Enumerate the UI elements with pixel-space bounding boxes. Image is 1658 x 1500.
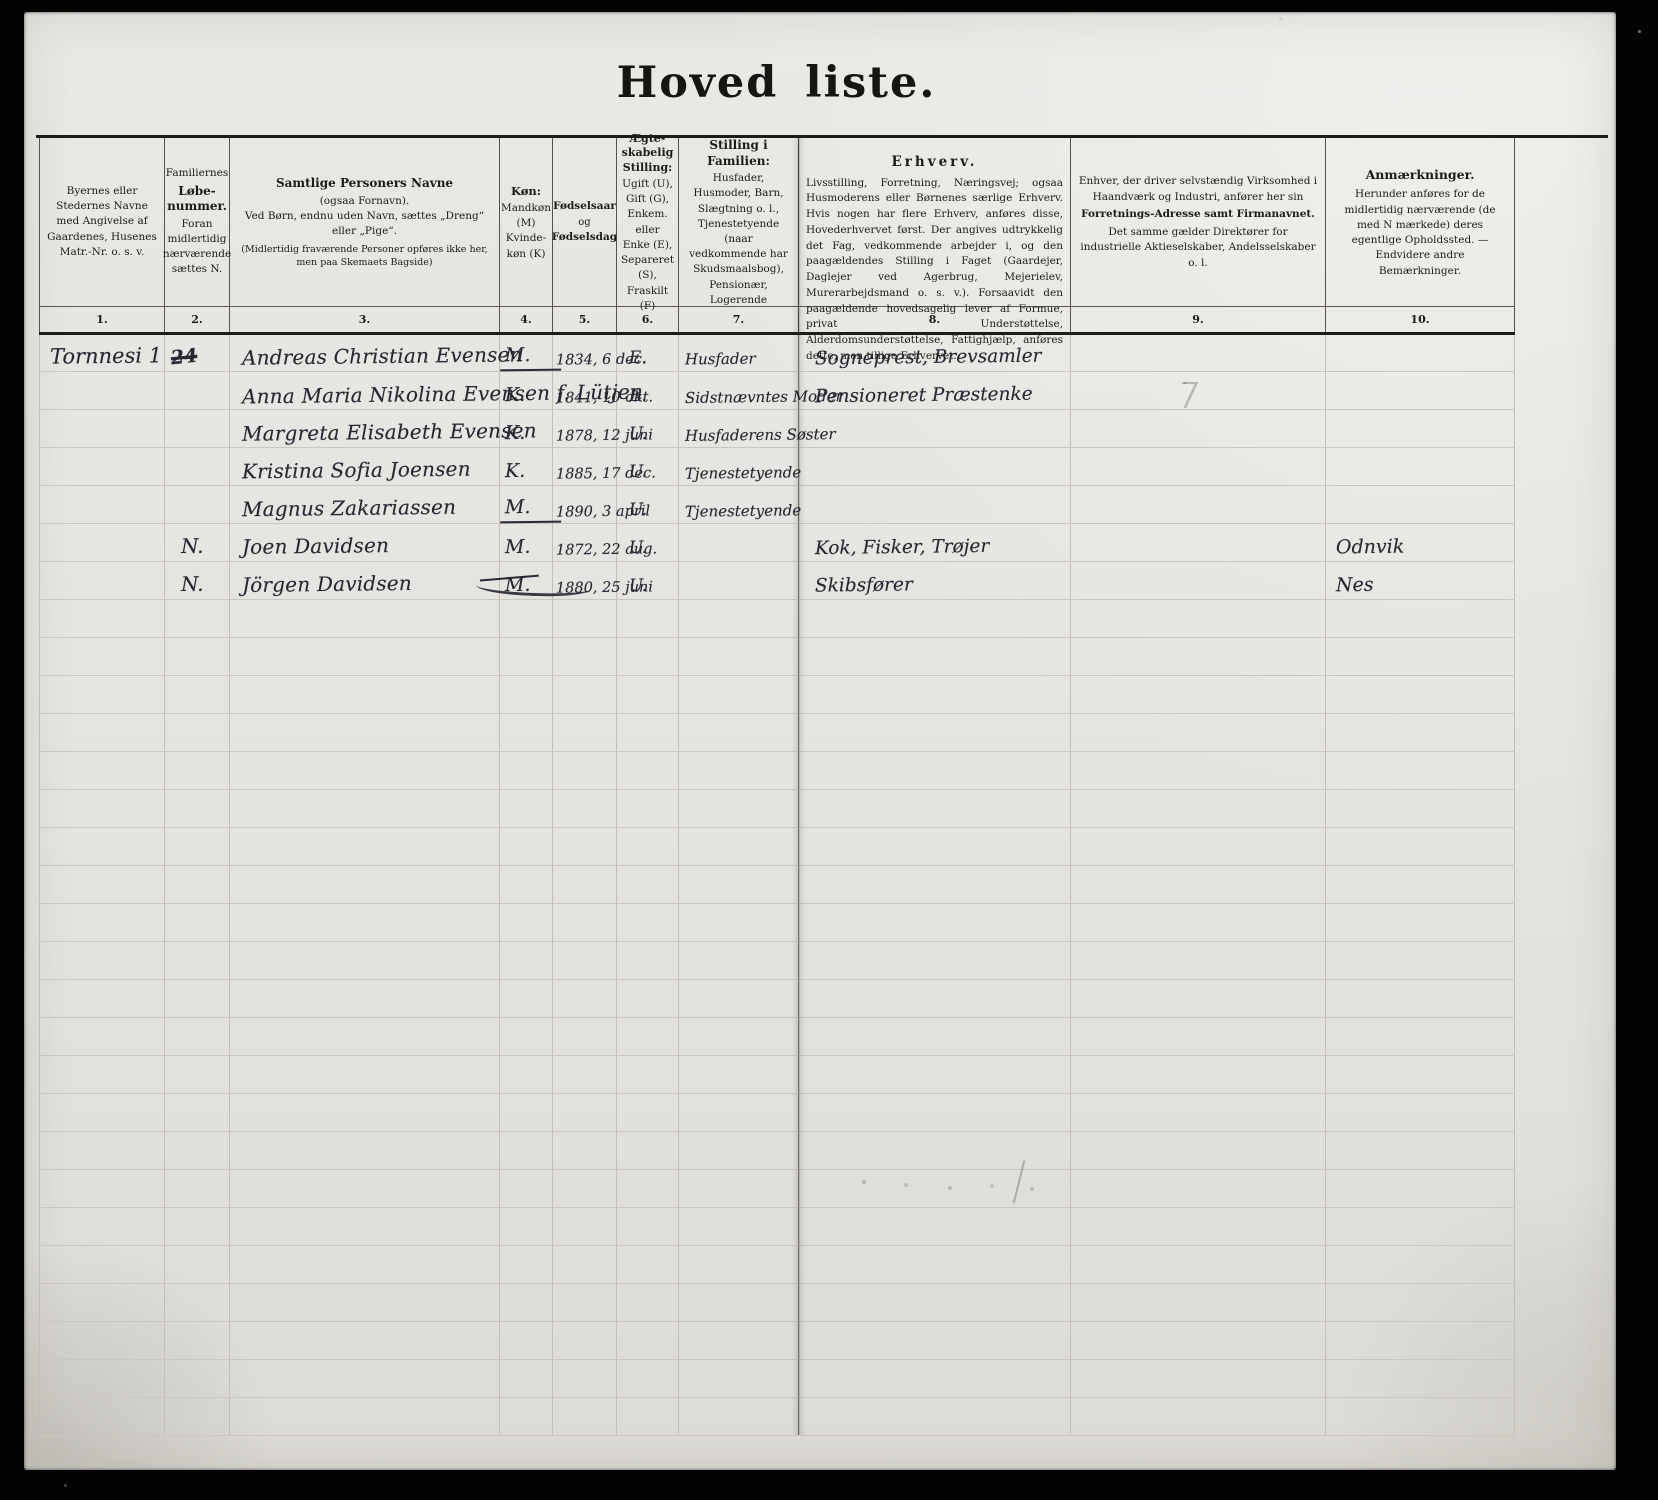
header-text: Livsstilling, Forretning, Næringsvej; og… bbox=[806, 176, 1063, 365]
cell-occupation bbox=[799, 942, 1071, 980]
cell-birth bbox=[553, 676, 617, 714]
cell-business bbox=[1071, 1094, 1326, 1132]
cell-remarks bbox=[1326, 1018, 1515, 1056]
cell-family_position bbox=[679, 524, 799, 562]
cell-family_position bbox=[679, 904, 799, 942]
dust-speck bbox=[64, 1484, 67, 1487]
cell-business bbox=[1071, 1170, 1326, 1208]
cell-sex bbox=[500, 600, 553, 638]
cell-place bbox=[40, 1170, 165, 1208]
table-row: N.Joen DavidsenM.1872, 22 aug.U.Kok, Fis… bbox=[40, 524, 1515, 562]
header-text: Enhver, der driver selvstændig Virksomhe… bbox=[1078, 173, 1318, 206]
table-row bbox=[40, 752, 1515, 790]
table-row bbox=[40, 866, 1515, 904]
cell-occupation bbox=[799, 752, 1071, 790]
cell-famno bbox=[165, 410, 230, 448]
cell-name bbox=[230, 1132, 500, 1170]
cell-marital bbox=[617, 904, 679, 942]
cell-occupation bbox=[799, 1360, 1071, 1398]
cell-birth bbox=[553, 1094, 617, 1132]
cell-business bbox=[1071, 1208, 1326, 1246]
cell-occupation bbox=[799, 980, 1071, 1018]
table-row bbox=[40, 1056, 1515, 1094]
cell-name bbox=[230, 600, 500, 638]
cell-business bbox=[1071, 980, 1326, 1018]
cell-name bbox=[230, 714, 500, 752]
cell-birth bbox=[553, 942, 617, 980]
cell-occupation bbox=[799, 1170, 1071, 1208]
cell-family_position bbox=[679, 1398, 799, 1436]
cell-place bbox=[40, 1018, 165, 1056]
cell-remarks: Odnvik bbox=[1326, 524, 1515, 562]
cell-marital bbox=[617, 1018, 679, 1056]
cell-remarks bbox=[1326, 486, 1515, 524]
cell-sex bbox=[500, 1018, 553, 1056]
table-row bbox=[40, 638, 1515, 676]
cell-remarks bbox=[1326, 600, 1515, 638]
cell-place bbox=[40, 372, 165, 410]
cell-remarks bbox=[1326, 638, 1515, 676]
cell-famno bbox=[165, 1322, 230, 1360]
header-text: Mandkøn (M) Kvinde­køn (K) bbox=[501, 201, 551, 262]
header-text: Byernes eller Stedernes Navne med Angive… bbox=[47, 184, 157, 260]
table-row: Magnus ZakariassenM.1890, 3 aprilU.Tjene… bbox=[40, 486, 1515, 524]
cell-remarks bbox=[1326, 1170, 1515, 1208]
dust-speck bbox=[1638, 30, 1641, 33]
table-row bbox=[40, 980, 1515, 1018]
cell-place bbox=[40, 486, 165, 524]
cell-marital bbox=[617, 1398, 679, 1436]
cell-name bbox=[230, 1094, 500, 1132]
cell-family_position: Husfaderens Søster bbox=[679, 410, 799, 448]
table-body: Tornnesi 124Andreas Christian EvensenM.1… bbox=[40, 334, 1515, 1436]
table-row bbox=[40, 676, 1515, 714]
cell-remarks bbox=[1326, 1322, 1515, 1360]
cell-name bbox=[230, 866, 500, 904]
cell-sex bbox=[500, 714, 553, 752]
cell-marital bbox=[617, 638, 679, 676]
cell-name bbox=[230, 790, 500, 828]
cell-remarks bbox=[1326, 410, 1515, 448]
cell-famno bbox=[165, 1018, 230, 1056]
scanned-ledger-frame: Hoved liste. Byernes eller Stedernes Nav bbox=[0, 0, 1658, 1500]
cell-marital bbox=[617, 752, 679, 790]
cell-sex bbox=[500, 752, 553, 790]
header-text: Fødselsdag bbox=[552, 230, 617, 245]
cell-name bbox=[230, 1056, 500, 1094]
cell-famno bbox=[165, 866, 230, 904]
pencil-smudge bbox=[1182, 382, 1198, 408]
cell-occupation: Pensioneret Præstenke bbox=[799, 372, 1071, 410]
cell-birth bbox=[553, 1398, 617, 1436]
cell-sex bbox=[500, 866, 553, 904]
cell-occupation bbox=[799, 1322, 1071, 1360]
cell-sex bbox=[500, 676, 553, 714]
cell-sex bbox=[500, 1056, 553, 1094]
census-page: Hoved liste. Byernes eller Stedernes Nav bbox=[24, 12, 1616, 1470]
cell-occupation bbox=[799, 714, 1071, 752]
cell-marital bbox=[617, 828, 679, 866]
census-table: Byernes eller Stedernes Navne med Angive… bbox=[39, 138, 1515, 1436]
cell-marital bbox=[617, 600, 679, 638]
cell-sex: M. bbox=[500, 524, 553, 562]
cell-occupation bbox=[799, 1018, 1071, 1056]
cell-name bbox=[230, 676, 500, 714]
cell-birth: 1878, 12 juni bbox=[553, 410, 617, 448]
table-row bbox=[40, 828, 1515, 866]
cell-family_position bbox=[679, 1208, 799, 1246]
table-row: Anna Maria Nikolina Evensen f. LütjenK.1… bbox=[40, 372, 1515, 410]
cell-remarks bbox=[1326, 828, 1515, 866]
cell-name bbox=[230, 638, 500, 676]
column-number: 4. bbox=[500, 307, 553, 334]
cell-occupation bbox=[799, 828, 1071, 866]
column-number: 7. bbox=[679, 307, 799, 334]
cell-remarks bbox=[1326, 942, 1515, 980]
table-row bbox=[40, 1018, 1515, 1056]
cell-occupation bbox=[799, 1056, 1071, 1094]
cell-marital bbox=[617, 1208, 679, 1246]
cell-family_position: Tjenestetyende bbox=[679, 448, 799, 486]
cell-remarks bbox=[1326, 1246, 1515, 1284]
header-text: Køn: bbox=[511, 184, 541, 199]
cell-place bbox=[40, 1360, 165, 1398]
cell-birth bbox=[553, 1056, 617, 1094]
cell-famno bbox=[165, 980, 230, 1018]
dust-speck bbox=[1279, 17, 1282, 20]
cell-place bbox=[40, 600, 165, 638]
cell-business bbox=[1071, 410, 1326, 448]
header-text: (ogsaa Fornavn). bbox=[320, 194, 410, 209]
cell-family_position bbox=[679, 1132, 799, 1170]
table-row bbox=[40, 714, 1515, 752]
cell-occupation bbox=[799, 866, 1071, 904]
cell-famno bbox=[165, 1170, 230, 1208]
header-text: Forretnings-Adresse samt Firmanavnet. bbox=[1081, 208, 1315, 222]
cell-remarks bbox=[1326, 980, 1515, 1018]
cell-family_position bbox=[679, 1018, 799, 1056]
cell-birth bbox=[553, 866, 617, 904]
cell-sex bbox=[500, 1398, 553, 1436]
cell-famno bbox=[165, 1208, 230, 1246]
cell-name: Joen Davidsen bbox=[230, 524, 500, 562]
column-numbers-row: 1. 2. 3. 4. 5. 6. 7. 8. 9. 10. bbox=[40, 307, 1515, 334]
cell-famno bbox=[165, 1360, 230, 1398]
table-row bbox=[40, 600, 1515, 638]
cell-birth bbox=[553, 828, 617, 866]
cell-sex bbox=[500, 1284, 553, 1322]
cell-marital bbox=[617, 676, 679, 714]
cell-name: Margreta Elisabeth Evensen bbox=[230, 410, 500, 448]
cell-remarks bbox=[1326, 1398, 1515, 1436]
cell-place bbox=[40, 714, 165, 752]
cell-name: Jörgen Davidsen bbox=[230, 562, 500, 600]
cell-business bbox=[1071, 1132, 1326, 1170]
cell-place bbox=[40, 562, 165, 600]
table-row bbox=[40, 1360, 1515, 1398]
cell-business bbox=[1071, 714, 1326, 752]
table-row bbox=[40, 1284, 1515, 1322]
cell-occupation bbox=[799, 1284, 1071, 1322]
cell-occupation bbox=[799, 1208, 1071, 1246]
cell-name bbox=[230, 752, 500, 790]
cell-business bbox=[1071, 486, 1326, 524]
cell-occupation bbox=[799, 676, 1071, 714]
column-number: 9. bbox=[1071, 307, 1326, 334]
cell-birth: 1841, 10 okt. bbox=[553, 372, 617, 410]
cell-family_position bbox=[679, 1322, 799, 1360]
header-text: Anmærkninger. bbox=[1366, 167, 1475, 183]
cell-place bbox=[40, 942, 165, 980]
column-header-birth: Fødselsaar og Fødselsdag bbox=[553, 138, 617, 307]
cell-occupation: Skibsfører bbox=[799, 562, 1071, 600]
cell-name bbox=[230, 1284, 500, 1322]
cell-marital bbox=[617, 1322, 679, 1360]
cell-sex bbox=[500, 1208, 553, 1246]
cell-family_position: Tjenestetyende bbox=[679, 486, 799, 524]
cell-birth: 1890, 3 april bbox=[553, 486, 617, 524]
cell-remarks bbox=[1326, 1056, 1515, 1094]
table-header: Byernes eller Stedernes Navne med Angive… bbox=[40, 138, 1515, 334]
cell-sex bbox=[500, 828, 553, 866]
cell-family_position bbox=[679, 638, 799, 676]
cell-family_position bbox=[679, 1056, 799, 1094]
cell-remarks bbox=[1326, 1284, 1515, 1322]
cell-sex bbox=[500, 1170, 553, 1208]
column-header-marital-status: Ægte­skabelig Stilling: Ugift (U), Gift … bbox=[617, 138, 679, 307]
cell-sex bbox=[500, 942, 553, 980]
cell-sex bbox=[500, 1360, 553, 1398]
cell-business bbox=[1071, 1056, 1326, 1094]
cell-famno bbox=[165, 448, 230, 486]
cell-birth bbox=[553, 1018, 617, 1056]
pencil-smudge bbox=[862, 1180, 866, 1184]
cell-business bbox=[1071, 448, 1326, 486]
cell-family_position bbox=[679, 1284, 799, 1322]
cell-sex bbox=[500, 1322, 553, 1360]
table-row bbox=[40, 1246, 1515, 1284]
cell-family_position bbox=[679, 1170, 799, 1208]
cell-name bbox=[230, 828, 500, 866]
cell-place bbox=[40, 1094, 165, 1132]
cell-birth bbox=[553, 1360, 617, 1398]
cell-marital: E. bbox=[617, 334, 679, 372]
header-text: Husfader, Husmoder, Barn, Slægtning o. l… bbox=[686, 171, 791, 308]
cell-famno bbox=[165, 790, 230, 828]
cell-famno bbox=[165, 1132, 230, 1170]
cell-birth bbox=[553, 980, 617, 1018]
cell-marital bbox=[617, 1246, 679, 1284]
table-row bbox=[40, 1132, 1515, 1170]
header-text: Det samme gælder Direktører for industri… bbox=[1078, 225, 1318, 271]
cell-business bbox=[1071, 676, 1326, 714]
cell-marital bbox=[617, 714, 679, 752]
cell-famno bbox=[165, 714, 230, 752]
cell-family_position bbox=[679, 866, 799, 904]
cell-remarks bbox=[1326, 1094, 1515, 1132]
cell-remarks bbox=[1326, 1208, 1515, 1246]
cell-name: Andreas Christian Evensen bbox=[230, 334, 500, 372]
cell-birth bbox=[553, 1284, 617, 1322]
cell-name bbox=[230, 1398, 500, 1436]
header-text: Ægte­skabelig Stilling: bbox=[622, 132, 674, 175]
table-row bbox=[40, 1398, 1515, 1436]
cell-business bbox=[1071, 790, 1326, 828]
cell-remarks bbox=[1326, 752, 1515, 790]
cell-remarks bbox=[1326, 1360, 1515, 1398]
cell-marital bbox=[617, 942, 679, 980]
cell-occupation bbox=[799, 790, 1071, 828]
cell-occupation bbox=[799, 1132, 1071, 1170]
cell-family_position bbox=[679, 980, 799, 1018]
header-text: Familiernes bbox=[166, 166, 228, 181]
cell-business bbox=[1071, 1018, 1326, 1056]
cell-birth bbox=[553, 1246, 617, 1284]
cell-birth bbox=[553, 752, 617, 790]
cell-sex bbox=[500, 980, 553, 1018]
cell-marital bbox=[617, 980, 679, 1018]
cell-remarks bbox=[1326, 1132, 1515, 1170]
cell-place bbox=[40, 1056, 165, 1094]
cell-birth bbox=[553, 638, 617, 676]
cell-business bbox=[1071, 828, 1326, 866]
table-row bbox=[40, 1208, 1515, 1246]
cell-place: Tornnesi 1 bbox=[40, 334, 165, 372]
cell-business bbox=[1071, 1246, 1326, 1284]
column-number: 1. bbox=[40, 307, 165, 334]
header-text: (Midlertidig fraværende Personer opføres… bbox=[237, 244, 492, 270]
header-text: Fødselsaar bbox=[553, 200, 616, 214]
cell-famno bbox=[165, 1398, 230, 1436]
cell-place bbox=[40, 790, 165, 828]
cell-birth bbox=[553, 600, 617, 638]
cell-business bbox=[1071, 1322, 1326, 1360]
cell-birth: 1885, 17 dec. bbox=[553, 448, 617, 486]
cell-famno: 24 bbox=[165, 334, 230, 372]
cell-marital bbox=[617, 790, 679, 828]
cell-place bbox=[40, 1398, 165, 1436]
cell-business bbox=[1071, 334, 1326, 372]
cell-place bbox=[40, 448, 165, 486]
cell-place bbox=[40, 866, 165, 904]
cell-name bbox=[230, 1018, 500, 1056]
table-row: Margreta Elisabeth EvensenK.1878, 12 jun… bbox=[40, 410, 1515, 448]
cell-famno bbox=[165, 752, 230, 790]
cell-remarks bbox=[1326, 904, 1515, 942]
cell-business bbox=[1071, 942, 1326, 980]
table-row bbox=[40, 1322, 1515, 1360]
cell-business bbox=[1071, 562, 1326, 600]
cell-sex: K. bbox=[500, 448, 553, 486]
cell-name bbox=[230, 1360, 500, 1398]
column-header-place: Byernes eller Stedernes Navne med Angive… bbox=[40, 138, 165, 307]
cell-business bbox=[1071, 600, 1326, 638]
cell-occupation bbox=[799, 448, 1071, 486]
cell-occupation bbox=[799, 410, 1071, 448]
cell-place bbox=[40, 1246, 165, 1284]
cell-famno bbox=[165, 942, 230, 980]
cell-place bbox=[40, 1208, 165, 1246]
table-row bbox=[40, 790, 1515, 828]
cell-name: Magnus Zakariassen bbox=[230, 486, 500, 524]
cell-sex bbox=[500, 1246, 553, 1284]
cell-occupation bbox=[799, 638, 1071, 676]
cell-family_position bbox=[679, 600, 799, 638]
cell-family_position bbox=[679, 1094, 799, 1132]
cell-remarks bbox=[1326, 676, 1515, 714]
cell-birth bbox=[553, 1208, 617, 1246]
cell-family_position bbox=[679, 790, 799, 828]
cell-famno bbox=[165, 372, 230, 410]
header-text: og bbox=[578, 216, 590, 231]
cell-name bbox=[230, 904, 500, 942]
cell-name: Anna Maria Nikolina Evensen f. Lütjen bbox=[230, 372, 500, 410]
table-row bbox=[40, 904, 1515, 942]
cell-business bbox=[1071, 372, 1326, 410]
cell-occupation bbox=[799, 1398, 1071, 1436]
cell-family_position bbox=[679, 828, 799, 866]
cell-place bbox=[40, 524, 165, 562]
cell-famno: N. bbox=[165, 562, 230, 600]
cell-famno bbox=[165, 676, 230, 714]
cell-birth bbox=[553, 1170, 617, 1208]
cell-family_position: Sidstnævntes Moder bbox=[679, 372, 799, 410]
cell-family_position bbox=[679, 562, 799, 600]
cell-famno bbox=[165, 638, 230, 676]
column-number: 2. bbox=[165, 307, 230, 334]
cell-remarks bbox=[1326, 714, 1515, 752]
cell-sex bbox=[500, 904, 553, 942]
cell-birth bbox=[553, 790, 617, 828]
cell-place bbox=[40, 980, 165, 1018]
cell-family_position bbox=[679, 676, 799, 714]
cell-occupation bbox=[799, 1246, 1071, 1284]
cell-name bbox=[230, 942, 500, 980]
cell-occupation bbox=[799, 600, 1071, 638]
cell-famno bbox=[165, 600, 230, 638]
cell-remarks: Nes bbox=[1326, 562, 1515, 600]
cell-family_position: Husfader bbox=[679, 334, 799, 372]
column-header-family-number: Familiernes Løbe-nummer. Foran midlertid… bbox=[165, 138, 230, 307]
cell-business bbox=[1071, 904, 1326, 942]
cell-famno: N. bbox=[165, 524, 230, 562]
cell-famno bbox=[165, 1284, 230, 1322]
table-row: Tornnesi 124Andreas Christian EvensenM.1… bbox=[40, 334, 1515, 372]
cell-business bbox=[1071, 866, 1326, 904]
cell-marital bbox=[617, 1284, 679, 1322]
cell-name bbox=[230, 980, 500, 1018]
cell-occupation bbox=[799, 1094, 1071, 1132]
cell-sex: M. bbox=[500, 334, 553, 372]
cell-remarks bbox=[1326, 448, 1515, 486]
column-header-names: Samtlige Personers Navne (ogsaa Fornavn)… bbox=[230, 138, 500, 307]
header-text: Ved Børn, endnu uden Navn, sættes „Dreng… bbox=[237, 209, 492, 239]
header-text: Løbe-nummer. bbox=[167, 184, 227, 215]
cell-birth bbox=[553, 714, 617, 752]
cell-sex bbox=[500, 790, 553, 828]
cell-business bbox=[1071, 1284, 1326, 1322]
cell-place bbox=[40, 638, 165, 676]
cell-marital bbox=[617, 1360, 679, 1398]
cell-place bbox=[40, 904, 165, 942]
cell-family_position bbox=[679, 942, 799, 980]
table-row bbox=[40, 1094, 1515, 1132]
table-row: Kristina Sofia JoensenK.1885, 17 dec.U.T… bbox=[40, 448, 1515, 486]
cell-business bbox=[1071, 1398, 1326, 1436]
cell-business bbox=[1071, 524, 1326, 562]
cell-sex: M. bbox=[500, 486, 553, 524]
cell-birth: 1872, 22 aug. bbox=[553, 524, 617, 562]
